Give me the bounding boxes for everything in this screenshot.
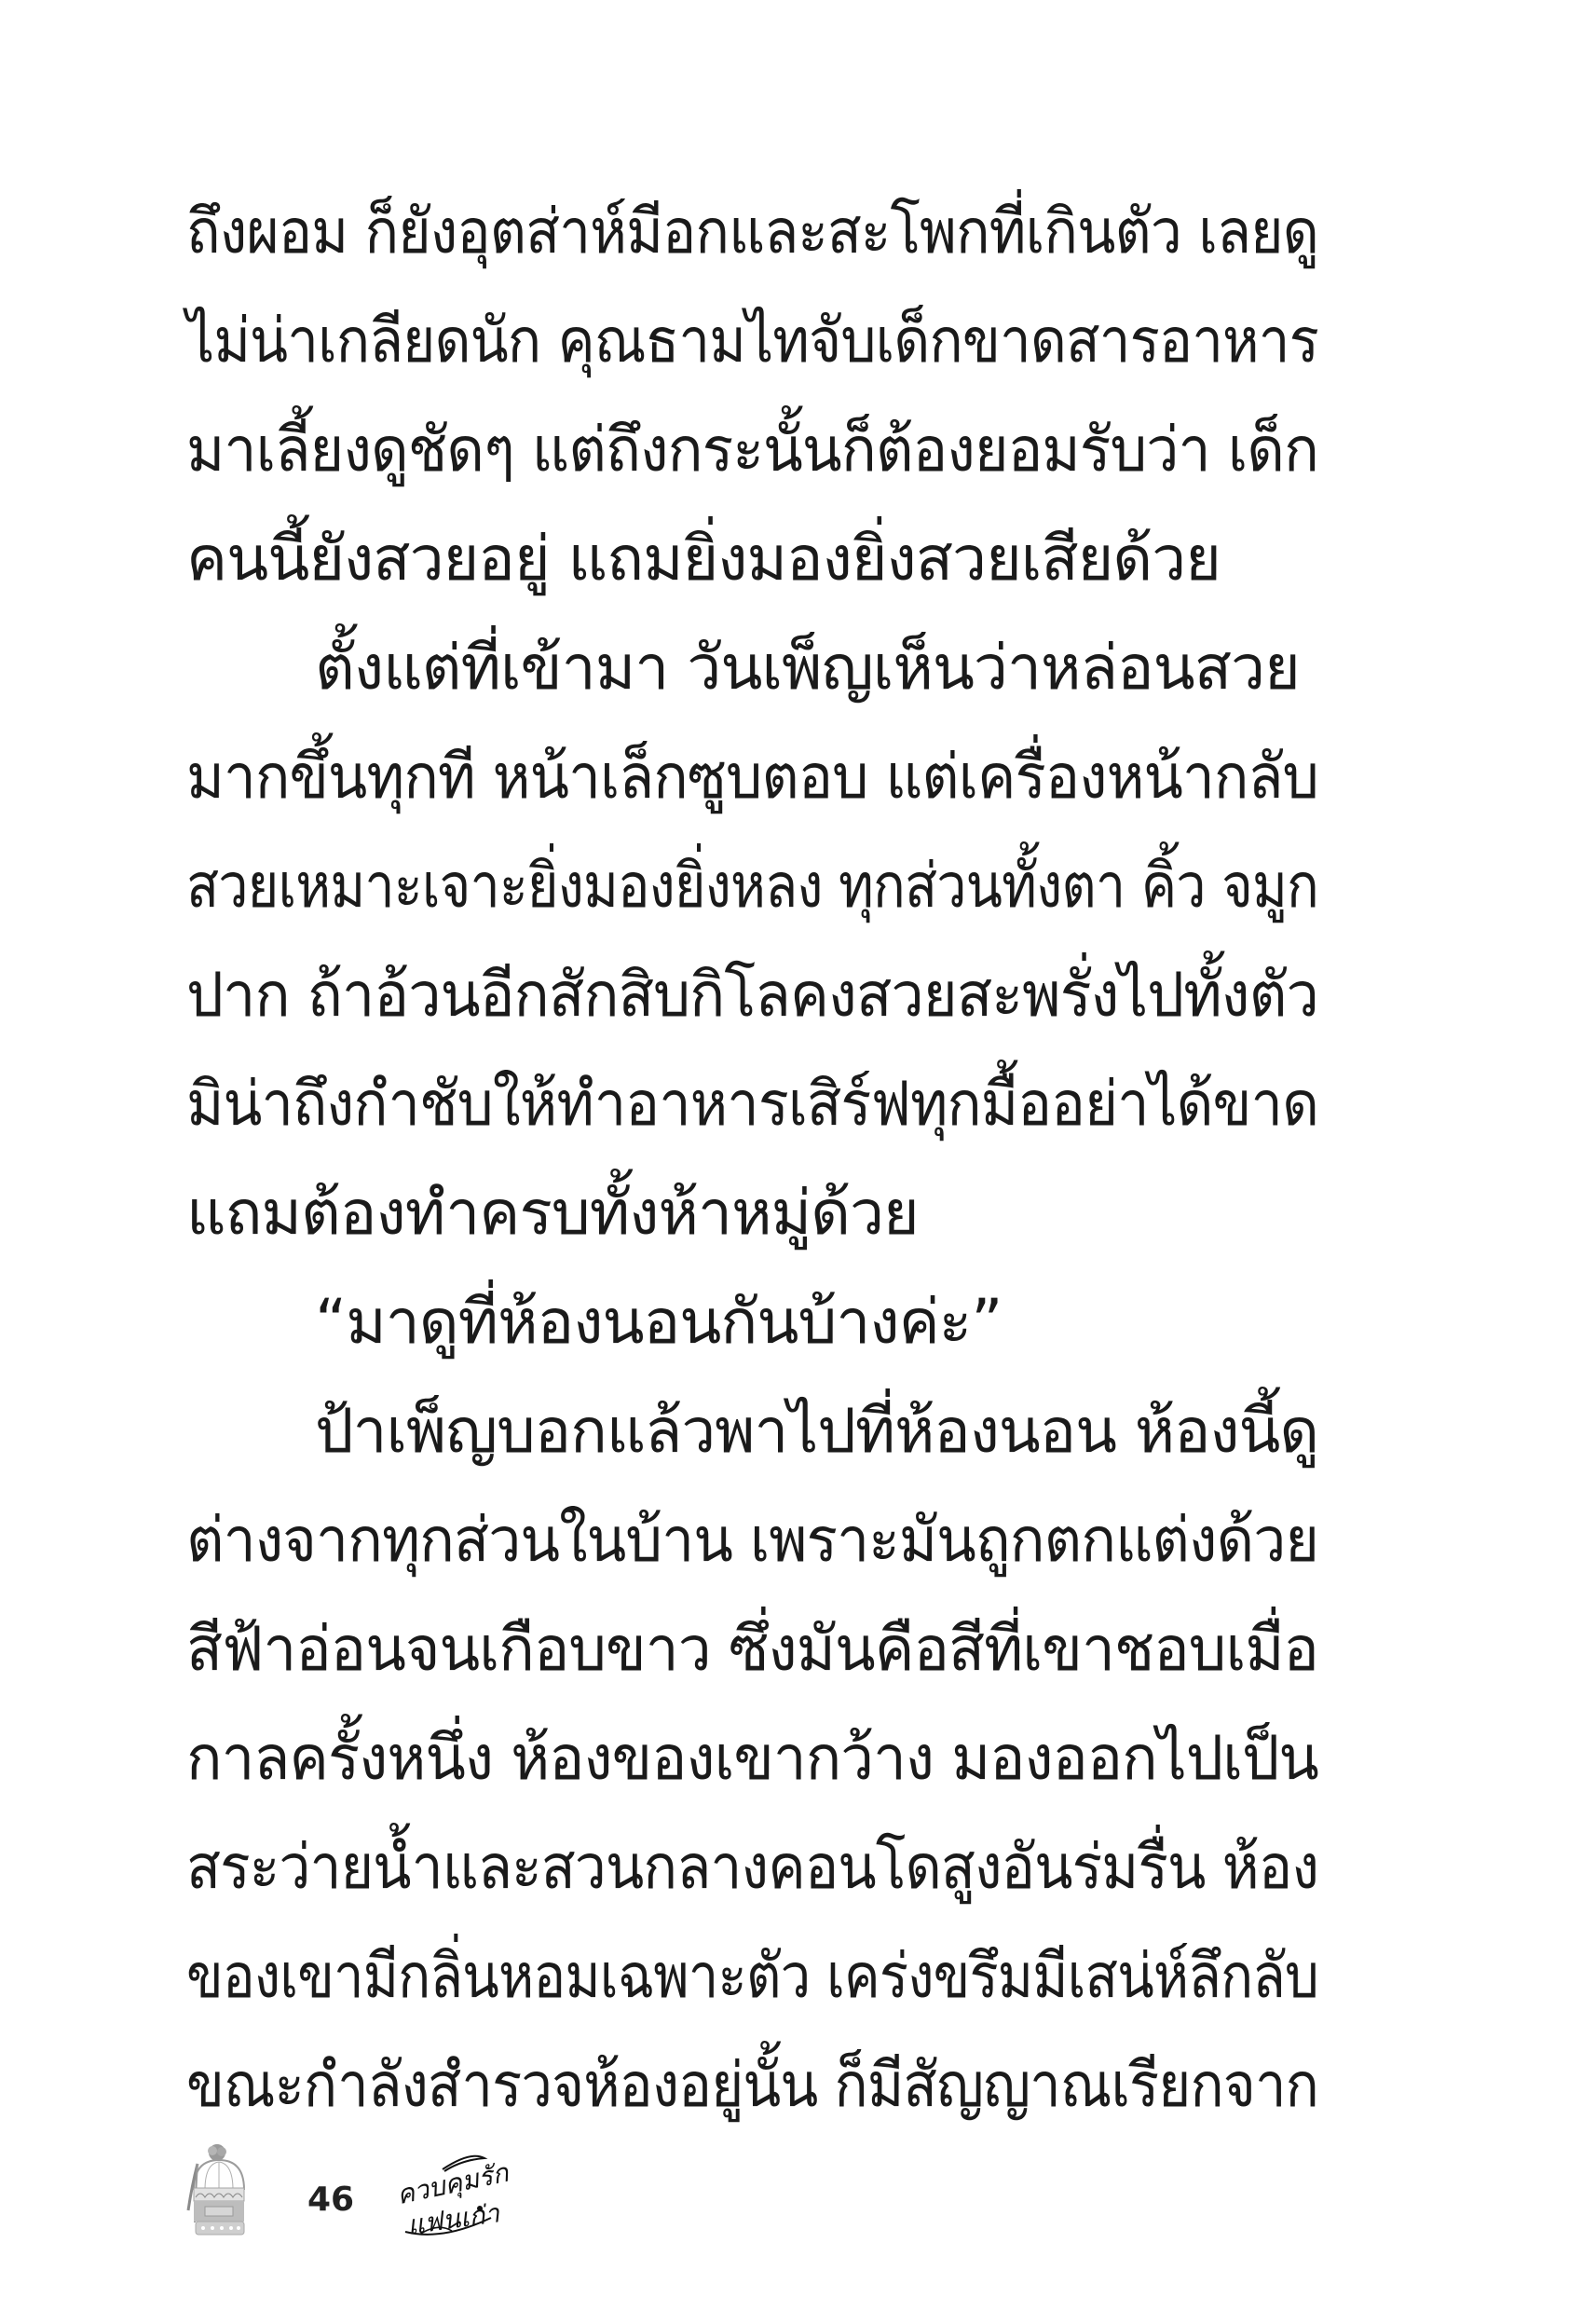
text-line: ขณะกำลังสำรวจห้องอยู่นั้น ก็มีสัญญาณเรีย… (186, 2031, 1318, 2140)
text-line: ตั้งแต่ที่เข้ามา วันเพ็ญเห็นว่าหล่อนสวย (186, 613, 1318, 722)
page-body: ถึงผอม ก็ยังอุตส่าห์มีอกและสะโพกที่เกินต… (186, 177, 1318, 2140)
text-line: ปาก ถ้าอ้วนอีกสักสิบกิโลคงสวยสะพรั่งไปทั… (186, 940, 1318, 1049)
text-line: สีฟ้าอ่อนจนเกือบขาว ซึ่งมันคือสีที่เขาชอ… (186, 1594, 1318, 1703)
text-line: ของเขามีกลิ่นหอมเฉพาะตัว เคร่งขรึมมีเสน่… (186, 1921, 1318, 2031)
text-line: คนนี้ยังสวยอยู่ แถมยิ่งมองยิ่งสวยเสียด้ว… (186, 504, 1318, 613)
dialogue-line: “มาดูที่ห้องนอนกันบ้างค่ะ” (186, 1267, 1318, 1376)
text-line: กาลครั้งหนึ่ง ห้องของเขากว้าง มองออกไปเป… (186, 1703, 1318, 1812)
text-line: ถึงผอม ก็ยังอุตส่าห์มีอกและสะโพกที่เกินต… (186, 177, 1318, 286)
text-line: มากขึ้นทุกที หน้าเล็กซูบตอบ แต่เครื่องหน… (186, 722, 1318, 831)
text-line: มาเลี้ยงดูชัดๆ แต่ถึงกระนั้นก็ต้องยอมรับ… (186, 395, 1318, 504)
text-line: มิน่าถึงกำชับให้ทำอาหารเสิร์ฟทุกมื้ออย่า… (186, 1049, 1318, 1158)
text-line: แถมต้องทำครบทั้งห้าหมู่ด้วย (186, 1158, 1318, 1267)
book-title-logo: ควบคุมรัก แฟนเก่า (387, 2153, 508, 2246)
text-line: ต่างจากทุกส่วนในบ้าน เพราะมันถูกตกแต่งด้… (186, 1485, 1318, 1594)
page-number: 46 (307, 2181, 354, 2219)
page-footer: 46 ควบคุมรัก แฟนเก่า (0, 2134, 1596, 2264)
text-line: ไม่น่าเกลียดนัก คุณธามไทจับเด็กขาดสารอาห… (186, 286, 1318, 395)
text-line: สระว่ายน้ำและสวนกลางคอนโดสูงอันร่มรื่น ห… (186, 1812, 1318, 1921)
birdcage-icon (186, 2143, 252, 2246)
text-line: ป้าเพ็ญบอกแล้วพาไปที่ห้องนอน ห้องนี้ดู (186, 1376, 1318, 1485)
text-line: สวยเหมาะเจาะยิ่งมองยิ่งหลง ทุกส่วนทั้งตา… (186, 831, 1318, 940)
